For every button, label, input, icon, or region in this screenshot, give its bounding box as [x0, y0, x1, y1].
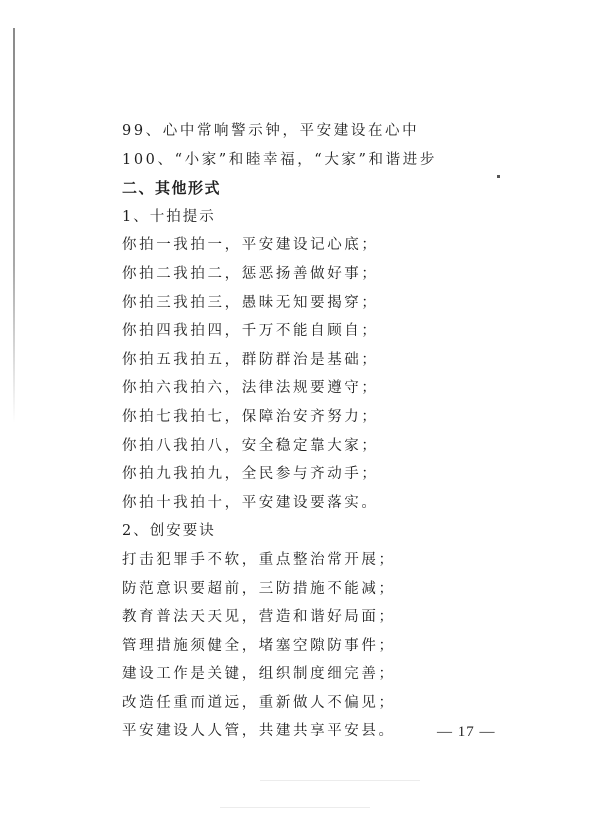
verse-line: 你拍八我拍八，安全稳定靠大家； [122, 432, 542, 461]
verse-line: 你拍十我拍十，平安建设要落实。 [122, 489, 542, 518]
verse-line: 你拍六我拍六，法律法规要遵守； [122, 374, 542, 403]
scan-artifact [260, 780, 420, 781]
section-heading: 二、其他形式 [122, 174, 542, 203]
verse-line: 改造任重而道远，重新做人不偏见； [122, 689, 542, 718]
subsection-heading: 1、十拍提示 [122, 203, 542, 232]
verse-line: 你拍九我拍九，全民参与齐动手； [122, 460, 542, 489]
verse-line: 防范意识要超前，三防措施不能减； [122, 575, 542, 604]
subsection-heading: 2、创安要诀 [122, 517, 542, 546]
page-number: — 17 — [437, 724, 496, 741]
verse-line: 你拍五我拍五，群防群治是基础； [122, 346, 542, 375]
binding-edge-line [13, 28, 15, 423]
verse-line: 你拍二我拍二，惩恶扬善做好事； [122, 260, 542, 289]
scan-artifact [220, 807, 370, 808]
list-item-99: 99、心中常响警示钟，平安建设在心中 [122, 117, 542, 146]
verse-line: 建设工作是关键，组织制度细完善； [122, 660, 542, 689]
verse-line: 打击犯罪手不软，重点整治常开展； [122, 546, 542, 575]
verse-line: 教育普法天天见，营造和谐好局面； [122, 603, 542, 632]
verse-line: 你拍三我拍三，愚昧无知要揭穿； [122, 289, 542, 318]
verse-line: 你拍四我拍四，千万不能自顾自； [122, 317, 542, 346]
verse-line: 你拍七我拍七，保障治安齐努力； [122, 403, 542, 432]
verse-line: 管理措施须健全，堵塞空隙防事件； [122, 632, 542, 661]
list-item-100: 100、“小家”和睦幸福，“大家”和谐进步 [122, 146, 542, 175]
verse-line: 你拍一我拍一，平安建设记心底； [122, 231, 542, 260]
page-body: 99、心中常响警示钟，平安建设在心中 100、“小家”和睦幸福，“大家”和谐进步… [122, 117, 542, 746]
